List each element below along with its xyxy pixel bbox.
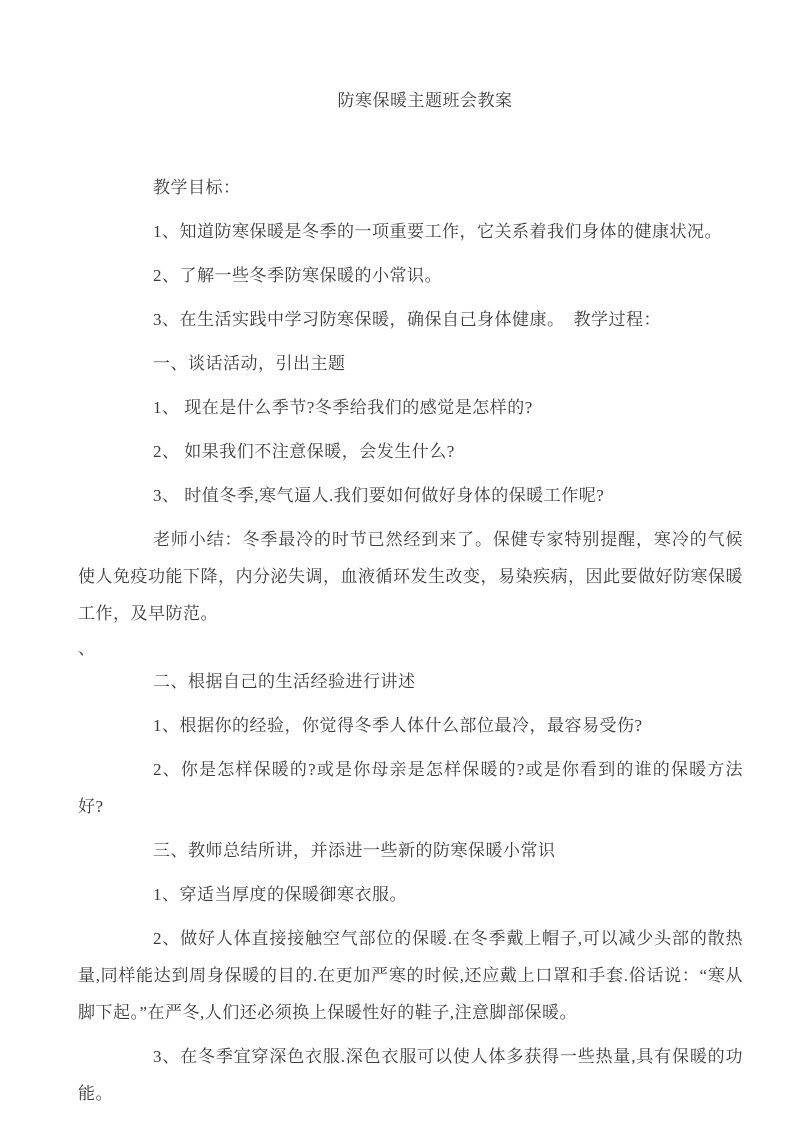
paragraph: 1、根据你的经验，你觉得冬季人体什么部位最冷，最容易受伤? [78, 707, 743, 744]
paragraph: 3、在生活实践中学习防寒保暖，确保自己身体健康。 教学过程： [78, 301, 743, 338]
paragraph: 老师小结：冬季最冷的时节已然经到来了。保健专家特别提醒，寒冷的气候使人免疫功能下… [78, 521, 743, 632]
paragraph: 2、做好人体直接接触空气部位的保暖.在冬季戴上帽子,可以减少头部的散热量,同样能… [78, 920, 743, 1031]
paragraph: 1、知道防寒保暖是冬季的一项重要工作，它关系着我们身体的健康状况。 [78, 213, 743, 250]
document-body: 教学目标：1、知道防寒保暖是冬季的一项重要工作，它关系着我们身体的健康状况。2、… [78, 169, 743, 1112]
paragraph: 2、你是怎样保暖的?或是你母亲是怎样保暖的?或是你看到的谁的保暖方法好? [78, 751, 743, 825]
paragraph: 1、穿适当厚度的保暖御寒衣服。 [78, 876, 743, 913]
paragraph: 2、 如果我们不注意保暖，会发生什么? [78, 433, 743, 470]
paragraph: 教学目标： [78, 169, 743, 206]
paragraph: 一、谈话活动，引出主题 [78, 345, 743, 382]
paragraph: 3、 时值冬季,寒气逼人.我们要如何做好身体的保暖工作呢? [78, 477, 743, 514]
document-title: 防寒保暖主题班会教案 [78, 88, 740, 114]
paragraph: 1、 现在是什么季节?冬季给我们的感觉是怎样的? [78, 389, 743, 426]
paragraph: 三、教师总结所讲，并添进一些新的防寒保暖小常识 [78, 832, 743, 869]
paragraph: 3、在冬季宜穿深色衣服.深色衣服可以使人体多获得一些热量,具有保暖的功能。 [78, 1038, 743, 1112]
paragraph: 二、根据自己的生活经验进行讲述 [78, 663, 743, 700]
paragraph: 2、了解一些冬季防寒保暖的小常识。 [78, 257, 743, 294]
paragraph: 、 [78, 639, 743, 659]
document-page: 防寒保暖主题班会教案 教学目标：1、知道防寒保暖是冬季的一项重要工作，它关系着我… [0, 0, 793, 1122]
